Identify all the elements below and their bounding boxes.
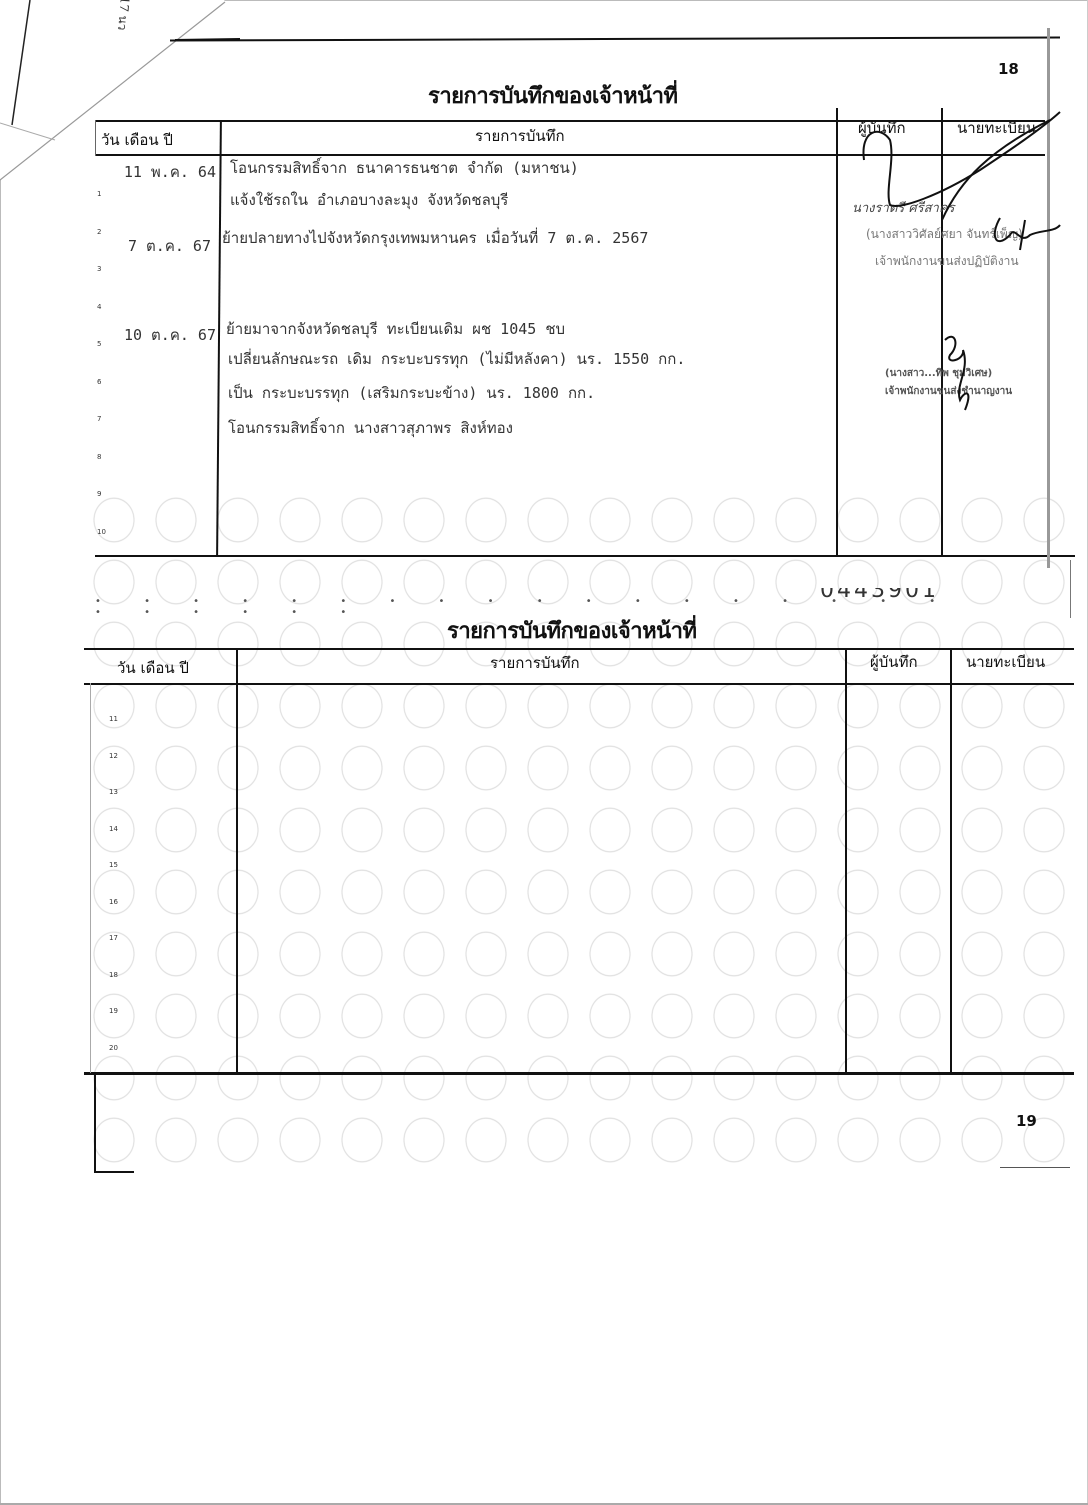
- corner-fragment-text: 17 นว: [112, 0, 134, 31]
- row-number: 10: [97, 528, 106, 536]
- header-date: วัน เดือน ปี: [101, 128, 173, 152]
- entry-line: โอนกรรมสิทธิ์จาก นางสาวสุภาพร สิงห์ทอง: [228, 416, 513, 440]
- stamp-line-2: เจ้าพนักงานขนส่งชำนาญงาน: [885, 384, 1012, 399]
- entry-date: 7 ต.ค. 67: [91, 234, 211, 258]
- entry-date: 11 พ.ค. 64: [96, 160, 216, 184]
- officer-title: เจ้าพนักงานขนส่งปฏิบัติงาน: [875, 252, 1019, 271]
- header-recorder: ผู้บันทึก: [870, 650, 918, 674]
- row-number: 15: [109, 861, 118, 869]
- row-number: 3: [97, 265, 101, 273]
- row-number: 12: [109, 752, 118, 760]
- page-number-18: 18: [998, 60, 1019, 78]
- recorder-name: นางราตรี ศรีสาคร: [852, 197, 955, 218]
- row-number: 6: [97, 378, 101, 386]
- row-number: 17: [109, 934, 118, 942]
- row-number: 14: [109, 825, 118, 833]
- section-title: รายการบันทึกของเจ้าหน้าที่: [447, 613, 697, 648]
- scan-border-top: [0, 0, 1088, 1]
- header-entry: รายการบันทึก: [490, 651, 580, 675]
- row-number: 8: [97, 453, 101, 461]
- entry-line: ย้ายปลายทางไปจังหวัดกรุงเทพมหานคร เมื่อว…: [222, 226, 648, 250]
- header-date: วัน เดือน ปี: [117, 656, 189, 680]
- row-number: 19: [109, 1007, 118, 1015]
- entry-line: โอนกรรมสิทธิ์จาก ธนาคารธนชาต จำกัด (มหาช…: [230, 156, 579, 180]
- stamp-line-1: (นางสาว...ทิพ ชุมวิเศษ): [885, 366, 992, 381]
- header-entry: รายการบันทึก: [475, 124, 565, 148]
- row-number: 4: [97, 303, 101, 311]
- section-title: รายการบันทึกของเจ้าหน้าที่: [428, 78, 678, 113]
- row-number: 16: [109, 898, 118, 906]
- row-number: 7: [97, 415, 101, 423]
- page-number-19: 19: [1016, 1112, 1037, 1130]
- entry-date: 10 ต.ค. 67: [96, 323, 216, 347]
- header-recorder: ผู้บันทึก: [858, 116, 906, 140]
- serial-number: 0443901: [820, 588, 939, 604]
- row-number: 18: [109, 971, 118, 979]
- entry-line: แจ้งใช้รถใน อำเภอบางละมุง จังหวัดชลบุรี: [230, 188, 508, 212]
- scan-border-left: [0, 0, 1, 1505]
- row-number: 9: [97, 490, 101, 498]
- header-registrar: นายทะเบียน: [957, 116, 1036, 140]
- entry-line: ย้ายมาจากจังหวัดชลบุรี ทะเบียนเดิม ผช 10…: [226, 317, 565, 341]
- row-number: 11: [109, 715, 118, 723]
- row-number: 1: [97, 190, 101, 198]
- header-registrar: นายทะเบียน: [966, 650, 1045, 674]
- row-number: 20: [109, 1044, 118, 1052]
- entry-line: เป็น กระบะบรรทุก (เสริมกระบะข้าง) นร. 18…: [228, 381, 595, 405]
- officer-name: (นางสาววิศัลย์ศยา จันทร์เพ็ญ): [866, 225, 1023, 244]
- entry-line: เปลี่ยนลักษณะรถ เดิม กระบะบรรทุก (ไม่มีห…: [228, 347, 685, 371]
- row-number: 13: [109, 788, 118, 796]
